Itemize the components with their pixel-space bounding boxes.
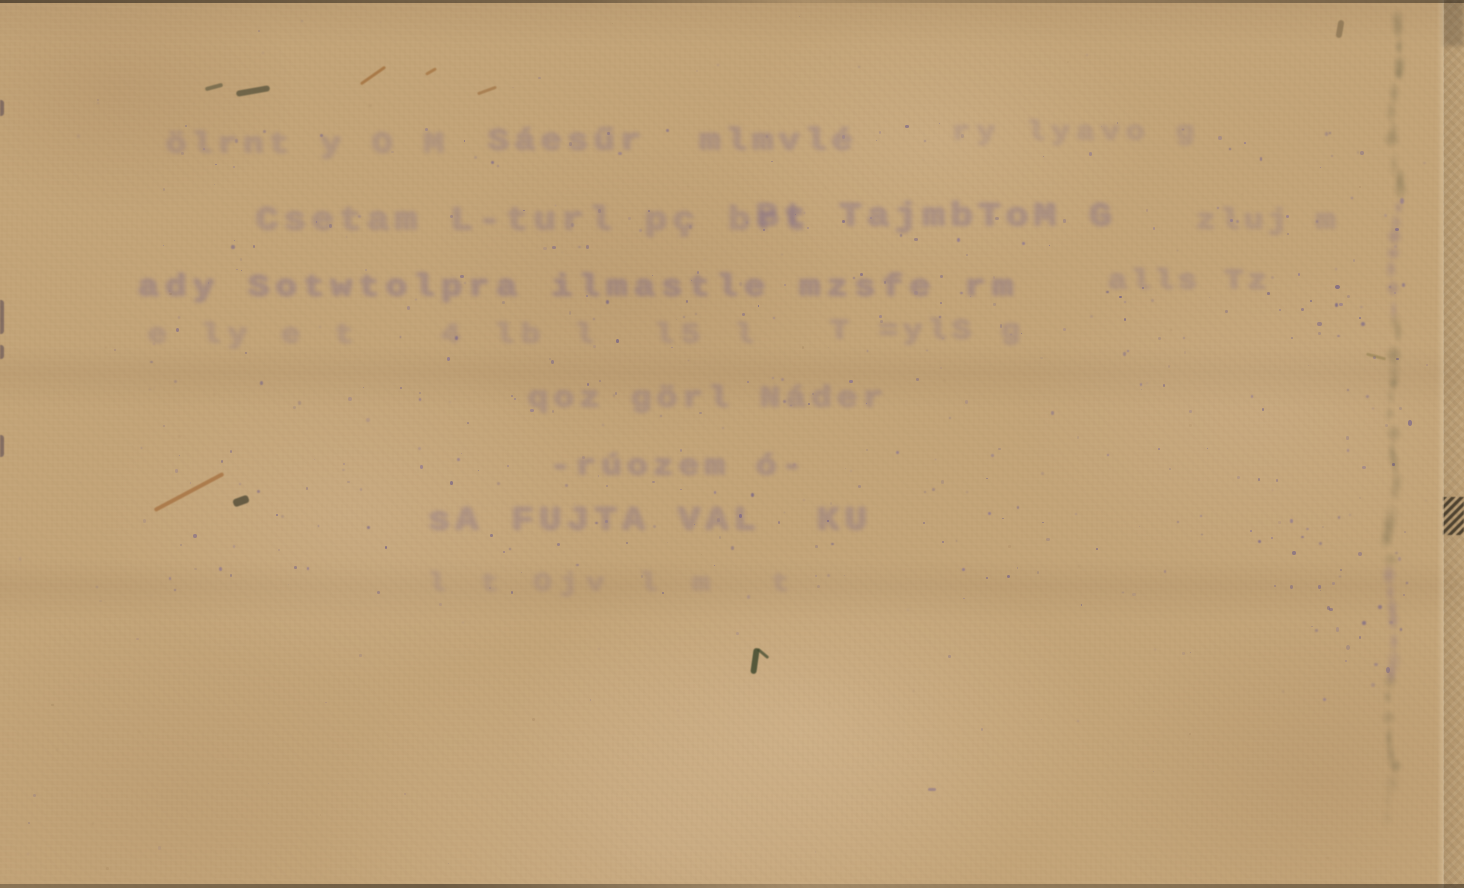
ink-speck	[1209, 297, 1210, 298]
ghost-text-line: ry lyavo g	[952, 118, 1201, 148]
ink-speck	[924, 140, 926, 142]
ink-speck	[1318, 585, 1321, 588]
paper-fiber	[360, 66, 386, 86]
ink-speck	[1353, 259, 1356, 262]
ink-speck	[163, 245, 164, 246]
ink-speck	[141, 447, 143, 449]
ink-speck	[185, 125, 187, 127]
smear-blob	[1394, 37, 1404, 55]
ink-speck	[598, 209, 601, 213]
ink-speck	[1425, 500, 1426, 501]
scanned-card-verso: ölrnt y O MSáesűr mlmvléry lyavo gCsetam…	[0, 0, 1464, 888]
ink-speck	[1366, 395, 1369, 398]
ink-speck	[940, 367, 942, 369]
ink-speck	[1292, 551, 1296, 555]
paper-fiber	[928, 788, 936, 791]
ink-speck	[858, 66, 860, 68]
smear-blob	[1385, 386, 1397, 407]
ink-speck	[802, 346, 804, 349]
ink-speck	[507, 465, 509, 467]
ink-speck	[1406, 582, 1408, 584]
ink-speck	[1360, 151, 1364, 155]
ink-speck	[235, 139, 238, 143]
smear-blob	[1393, 321, 1403, 344]
ink-speck	[1107, 454, 1109, 456]
ink-speck	[653, 525, 656, 528]
ink-speck	[1311, 626, 1312, 628]
ink-speck	[1272, 489, 1274, 491]
ink-speck	[169, 577, 172, 580]
edge-strip-seam	[1437, 0, 1444, 888]
ink-speck	[862, 803, 863, 804]
ink-speck	[258, 30, 260, 32]
ink-speck	[598, 648, 600, 650]
ink-speck	[447, 357, 450, 361]
ink-speck	[1271, 537, 1274, 539]
ink-speck	[586, 245, 589, 248]
ink-speck	[825, 187, 826, 188]
edge-strip-hatched-mark	[1443, 497, 1464, 535]
ink-speck	[1308, 365, 1309, 367]
ink-speck	[866, 403, 867, 404]
ink-speck	[586, 295, 588, 297]
ink-speck	[1359, 636, 1361, 638]
ghost-text-line: qoz görl Náder	[528, 382, 889, 416]
ink-speck	[1077, 720, 1079, 722]
ink-speck	[1127, 350, 1129, 352]
ink-speck	[33, 46, 35, 49]
ink-speck	[366, 418, 369, 422]
ink-speck	[1146, 382, 1148, 384]
ink-speck	[850, 270, 851, 271]
ink-speck	[900, 234, 902, 237]
ink-speck	[276, 514, 278, 517]
ink-speck	[143, 519, 146, 523]
smear-blob	[1383, 129, 1401, 149]
ink-speck	[1320, 590, 1321, 591]
smear-blob	[1394, 66, 1405, 82]
ink-speck	[943, 379, 946, 382]
ink-speck	[998, 448, 1001, 451]
ink-speck	[1276, 479, 1279, 482]
ink-speck	[1201, 534, 1202, 536]
ink-speck	[1189, 410, 1192, 413]
ghost-text-line: Sáesűr mlmvlé	[488, 124, 858, 159]
ink-speck	[595, 522, 597, 524]
ink-speck	[509, 548, 511, 550]
ink-speck	[467, 422, 469, 424]
ink-speck	[491, 161, 494, 165]
ink-speck	[1119, 296, 1121, 298]
ink-speck	[1362, 621, 1366, 625]
ink-speck	[400, 387, 402, 389]
ink-speck	[831, 543, 834, 545]
ink-speck	[27, 853, 29, 855]
ink-speck	[175, 469, 179, 473]
ink-speck	[576, 364, 577, 366]
ink-speck	[829, 56, 831, 58]
ink-speck	[827, 574, 830, 577]
ghost-text-line: alls Tz	[1108, 266, 1271, 297]
ink-speck	[1007, 575, 1010, 578]
ink-speck	[1077, 436, 1080, 438]
ink-speck	[1200, 515, 1202, 517]
ink-speck	[257, 490, 260, 494]
ink-speck	[1078, 565, 1080, 567]
ink-speck	[923, 522, 925, 524]
ink-speck	[1260, 157, 1263, 160]
ink-speck	[1271, 276, 1274, 279]
ink-speck	[799, 16, 800, 17]
ink-speck	[1371, 683, 1375, 688]
paper-fiber	[236, 85, 271, 97]
ink-speck	[1164, 570, 1166, 573]
ink-speck	[194, 568, 197, 570]
ink-speck	[896, 451, 899, 454]
ghost-text-line: ady Sotwtolpra ilmastle mzsfe rm	[138, 270, 1020, 305]
ink-speck	[1244, 142, 1246, 144]
ink-speck	[233, 166, 235, 169]
ink-speck	[1122, 592, 1124, 594]
paper-fiber	[205, 83, 223, 92]
ink-speck	[174, 589, 176, 591]
ink-speck	[1323, 698, 1326, 701]
ink-speck	[1335, 268, 1337, 270]
ink-speck	[1298, 273, 1300, 276]
ink-speck	[939, 123, 940, 124]
ink-speck	[905, 125, 908, 128]
ink-speck	[695, 313, 697, 315]
ink-speck	[1141, 389, 1142, 390]
ink-speck	[306, 487, 308, 489]
smear-blob	[1386, 278, 1401, 298]
ink-speck	[1106, 83, 1107, 84]
ink-speck	[747, 595, 750, 598]
ghost-text-line: l t Ojv l m t	[428, 568, 798, 598]
left-edge-mark	[0, 435, 4, 457]
ink-speck	[178, 316, 181, 319]
ink-speck	[154, 705, 155, 706]
ink-speck	[869, 789, 871, 791]
ink-speck	[530, 409, 533, 412]
ink-speck	[1351, 197, 1353, 199]
ink-speck	[365, 269, 366, 270]
ink-speck	[1349, 514, 1351, 516]
left-edge-mark	[0, 300, 4, 334]
ink-speck	[221, 460, 223, 463]
ink-speck	[771, 161, 772, 162]
ink-speck	[1000, 324, 1003, 327]
ink-speck	[301, 20, 303, 22]
ink-speck	[193, 534, 196, 538]
ink-speck	[260, 381, 263, 385]
ink-speck	[1301, 308, 1304, 311]
ink-speck	[179, 455, 180, 456]
ink-speck	[924, 491, 925, 493]
paper-fiber	[154, 472, 225, 512]
ink-speck	[957, 238, 960, 242]
ink-speck	[599, 380, 600, 382]
ghost-text-line: sA FUJTA VAL KU	[428, 502, 872, 539]
ink-speck	[457, 458, 459, 461]
ink-speck	[1124, 318, 1126, 321]
paper-fiber	[425, 67, 437, 76]
ink-speck	[988, 512, 991, 516]
ink-speck	[1357, 151, 1359, 154]
ink-speck	[298, 401, 301, 404]
ink-speck	[867, 350, 868, 351]
ink-speck	[1279, 309, 1281, 311]
ink-speck	[736, 632, 739, 635]
ink-speck	[1327, 857, 1329, 859]
ink-speck	[962, 568, 964, 571]
ink-speck	[1327, 606, 1330, 610]
ink-speck	[552, 246, 556, 249]
ink-speck	[464, 140, 465, 141]
ink-speck	[478, 470, 479, 471]
ink-speck	[233, 545, 235, 548]
ink-speck	[348, 397, 351, 401]
ink-speck	[1225, 310, 1228, 314]
ink-speck	[1336, 627, 1340, 631]
ink-speck	[320, 814, 322, 816]
ink-speck	[512, 87, 514, 88]
ink-speck	[879, 131, 881, 134]
ink-speck	[1359, 186, 1361, 188]
ink-speck	[926, 350, 928, 351]
ink-speck	[815, 851, 816, 853]
ink-speck	[230, 574, 233, 577]
ink-speck	[688, 360, 689, 361]
ink-speck	[343, 463, 345, 465]
ink-speck	[870, 217, 872, 219]
ink-speck	[158, 846, 161, 849]
ink-speck	[419, 398, 421, 400]
ink-speck	[80, 482, 81, 483]
ink-speck	[549, 358, 551, 360]
ink-speck	[939, 316, 940, 317]
ink-speck	[241, 270, 242, 271]
ink-speck	[747, 381, 749, 383]
ink-speck	[1040, 357, 1043, 360]
ink-speck	[425, 128, 427, 131]
ink-speck	[1325, 132, 1327, 135]
ink-speck	[993, 303, 995, 306]
ink-speck	[114, 349, 117, 352]
ink-speck	[369, 104, 372, 107]
ink-speck	[1347, 449, 1349, 452]
ink-speck	[502, 301, 505, 304]
ink-speck	[1022, 242, 1025, 245]
ink-speck	[1345, 660, 1347, 662]
ink-speck	[163, 425, 165, 428]
ink-speck	[995, 217, 999, 220]
paper-fiber	[232, 495, 250, 508]
ink-speck	[532, 718, 535, 721]
ink-speck	[1337, 335, 1340, 337]
ink-speck	[949, 417, 950, 418]
ink-speck	[606, 485, 608, 487]
ink-speck	[96, 586, 98, 588]
smear-blob	[1382, 672, 1398, 691]
vertical-ink-smear	[1379, 0, 1408, 820]
ink-speck	[941, 480, 944, 484]
ink-speck	[474, 156, 477, 159]
ink-speck	[1290, 519, 1294, 523]
ink-speck	[618, 152, 621, 155]
ink-speck	[138, 731, 141, 733]
ink-speck	[582, 456, 585, 459]
ink-speck	[418, 447, 421, 450]
ink-speck	[106, 867, 109, 870]
ink-speck	[1318, 332, 1321, 335]
ink-speck	[278, 549, 279, 550]
ink-speck	[1132, 593, 1136, 597]
ink-speck	[1096, 548, 1098, 550]
ink-speck	[1374, 663, 1378, 666]
ink-speck	[347, 481, 350, 484]
ink-speck	[178, 435, 181, 438]
ink-speck	[701, 554, 702, 555]
ink-speck	[240, 258, 243, 261]
ink-speck	[717, 518, 720, 522]
ink-speck	[828, 347, 829, 348]
ink-speck	[1359, 317, 1362, 319]
ink-speck	[569, 142, 572, 145]
ink-speck	[1331, 155, 1333, 157]
ink-speck	[213, 393, 216, 396]
ink-speck	[491, 55, 492, 56]
ink-speck	[1362, 466, 1366, 469]
ink-speck	[914, 238, 917, 241]
ink-speck	[878, 139, 879, 140]
ink-speck	[99, 600, 101, 602]
smear-blob	[1392, 177, 1408, 201]
ink-speck	[781, 378, 784, 381]
ink-speck	[991, 454, 994, 456]
ink-speck	[880, 320, 882, 323]
ink-speck	[1002, 518, 1004, 520]
ink-speck	[1237, 476, 1240, 479]
ink-speck	[1347, 295, 1350, 298]
ink-speck	[1086, 54, 1088, 56]
ink-speck	[578, 246, 581, 249]
ink-speck	[935, 459, 936, 460]
ink-speck	[731, 546, 734, 549]
ink-speck	[696, 70, 698, 72]
ink-speck	[686, 300, 688, 302]
ink-speck	[214, 184, 216, 186]
ink-speck	[956, 540, 958, 541]
ink-speck	[1063, 328, 1066, 331]
ink-speck	[1046, 538, 1049, 541]
ink-speck	[932, 488, 934, 491]
ink-speck	[543, 247, 547, 250]
ink-speck	[377, 591, 380, 594]
ink-speck	[1282, 690, 1285, 693]
ink-speck	[342, 469, 345, 472]
ink-speck	[1346, 645, 1350, 650]
ink-speck	[717, 64, 719, 66]
ink-speck	[913, 690, 914, 691]
ink-speck	[565, 484, 568, 487]
ink-speck	[1218, 136, 1221, 140]
ink-speck	[97, 102, 99, 105]
ink-speck	[845, 468, 846, 469]
ghost-text-line: ölrnt y O M	[166, 128, 449, 162]
ink-speck	[714, 491, 717, 494]
ink-speck	[1363, 638, 1364, 639]
ink-speck	[149, 389, 151, 391]
ink-speck	[1230, 219, 1233, 222]
ink-speck	[605, 520, 608, 523]
ink-speck	[1043, 156, 1044, 157]
ink-speck	[593, 345, 596, 348]
ink-speck	[380, 22, 381, 23]
ink-speck	[318, 525, 319, 526]
ink-speck	[521, 572, 522, 573]
ink-speck	[1423, 162, 1425, 164]
ink-speck	[419, 392, 421, 394]
ink-speck	[576, 564, 579, 567]
smear-blob	[1381, 808, 1395, 828]
ink-speck	[503, 551, 505, 553]
ink-speck	[367, 526, 369, 529]
ink-speck	[1008, 545, 1011, 548]
ink-speck	[439, 603, 442, 606]
ink-speck	[1154, 649, 1156, 650]
ink-speck	[722, 427, 724, 429]
ink-speck	[986, 577, 987, 579]
ink-speck	[1359, 497, 1361, 499]
ink-speck	[1049, 245, 1050, 246]
ink-speck	[1335, 285, 1340, 289]
ink-speck	[772, 377, 774, 379]
ink-speck	[648, 210, 650, 212]
ink-speck	[1168, 365, 1170, 368]
ink-speck	[1267, 292, 1270, 295]
ink-speck	[490, 534, 492, 537]
ink-speck	[153, 343, 155, 345]
ink-speck	[461, 453, 462, 454]
ink-speck	[781, 254, 782, 255]
ink-speck	[1170, 329, 1172, 331]
ink-speck	[1426, 364, 1428, 366]
ink-speck	[1335, 303, 1338, 307]
ink-speck	[28, 822, 30, 825]
ink-speck	[1290, 585, 1293, 589]
ink-speck	[615, 392, 618, 395]
ink-speck	[778, 521, 780, 524]
ink-speck	[981, 728, 984, 731]
ink-speck	[1029, 681, 1030, 682]
smear-blob	[1380, 529, 1395, 549]
ink-speck	[986, 478, 988, 479]
ink-speck	[253, 245, 256, 248]
ink-speck	[359, 654, 362, 657]
ink-speck	[1274, 585, 1276, 587]
ink-speck	[907, 609, 909, 611]
ink-speck	[1041, 719, 1043, 720]
ghost-text-line: T =ylS g	[830, 316, 1025, 347]
ink-speck	[1042, 522, 1043, 523]
ink-speck	[307, 567, 309, 569]
ink-speck	[294, 566, 297, 569]
ink-speck	[1340, 569, 1343, 572]
ink-speck	[56, 749, 58, 751]
ink-speck	[1151, 299, 1154, 302]
ink-speck	[1163, 384, 1166, 387]
